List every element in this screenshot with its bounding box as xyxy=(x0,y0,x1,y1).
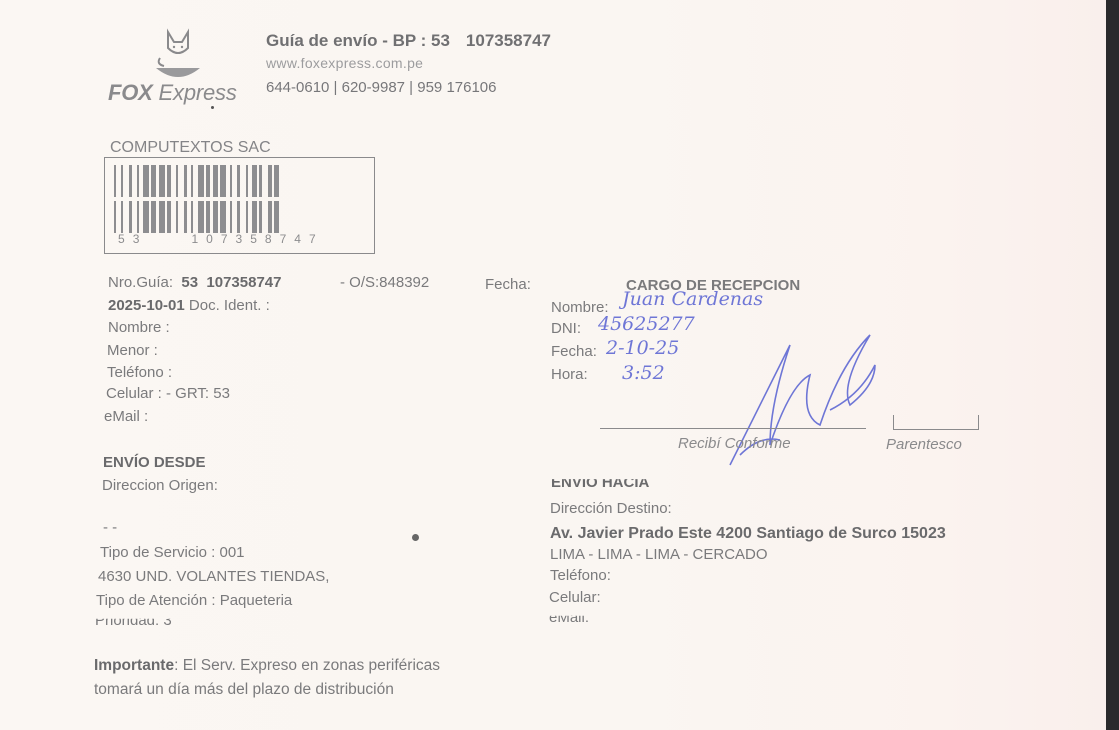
nombre-field: Nombre : xyxy=(108,319,170,336)
barcode: 53107358747 xyxy=(104,157,375,254)
parentesco-label: Parentesco xyxy=(886,436,962,453)
cargo-nombre-value: Juan Cardenas xyxy=(622,288,763,310)
direccion-destino-value: Av. Javier Prado Este 4200 Santiago de S… xyxy=(550,525,946,543)
email-field: eMail : xyxy=(104,408,148,425)
signature-line xyxy=(600,428,866,429)
barcode-digits: 53107358747 xyxy=(114,232,369,246)
menor-field: Menor : xyxy=(107,342,158,359)
fox-logo-icon xyxy=(148,28,208,84)
signature-scribble xyxy=(700,325,890,475)
phone-numbers: 644-0610 | 620-9987 | 959 176106 xyxy=(266,79,497,96)
envio-desde-title: ENVÍO DESDE xyxy=(103,454,206,471)
company-name: COMPUTEXTOS SAC xyxy=(110,139,271,157)
destino-telefono: Teléfono: xyxy=(550,567,611,584)
cargo-hora-label: Hora: xyxy=(551,366,588,383)
cargo-fecha-value: 2-10-25 xyxy=(606,337,679,359)
destino-celular: Celular: xyxy=(549,589,601,606)
fecha-doc-ident: 2025-10-01 Doc. Ident. : xyxy=(108,297,270,314)
prioridad: Prioridad: 3 xyxy=(95,612,172,629)
important-note: Importante: El Serv. Expreso en zonas pe… xyxy=(94,657,440,675)
brand-logo: FOX Express xyxy=(108,80,237,106)
envio-hacia-title: ENVÍO HACIA xyxy=(551,474,649,491)
guide-title: Guía de envío - BP : 53107358747 xyxy=(266,31,551,51)
cargo-fecha-label: Fecha: xyxy=(551,343,597,360)
tipo-atencion: Tipo de Atención : Paqueteria xyxy=(96,592,292,609)
shipping-guide-document: FOX Express Guía de envío - BP : 5310735… xyxy=(0,0,1106,730)
direccion-origen-label: Direccion Origen: xyxy=(102,477,218,494)
direccion-origen-value: - - xyxy=(103,519,117,536)
fecha-label: Fecha: xyxy=(485,276,531,293)
contenido: 4630 UND. VOLANTES TIENDAS, xyxy=(98,568,329,585)
cargo-hora-value: 3:52 xyxy=(622,362,665,384)
recibi-conforme-label: Recibí Conforme xyxy=(678,435,791,452)
destino-email: eMail: xyxy=(549,609,589,626)
tipo-servicio: Tipo de Servicio : 001 xyxy=(100,544,245,561)
ink-dot xyxy=(211,106,214,109)
nro-guia: Nro.Guía: 53 107358747 xyxy=(108,274,281,291)
cargo-dni-value: 45625277 xyxy=(598,313,695,335)
barcode-bars xyxy=(114,165,364,235)
cargo-dni-label: DNI: xyxy=(551,320,581,337)
celular-field: Celular : - GRT: 53 xyxy=(106,385,230,402)
important-note-2: tomará un día más del plazo de distribuc… xyxy=(94,681,394,699)
ubicacion: LIMA - LIMA - LIMA - CERCADO xyxy=(550,546,768,563)
website-link[interactable]: www.foxexpress.com.pe xyxy=(266,55,423,71)
direccion-destino-label: Dirección Destino: xyxy=(550,500,672,517)
parentesco-box xyxy=(893,415,979,430)
telefono-field: Teléfono : xyxy=(107,364,172,381)
order-service: - O/S:848392 xyxy=(340,274,429,291)
ink-dot xyxy=(412,534,419,541)
